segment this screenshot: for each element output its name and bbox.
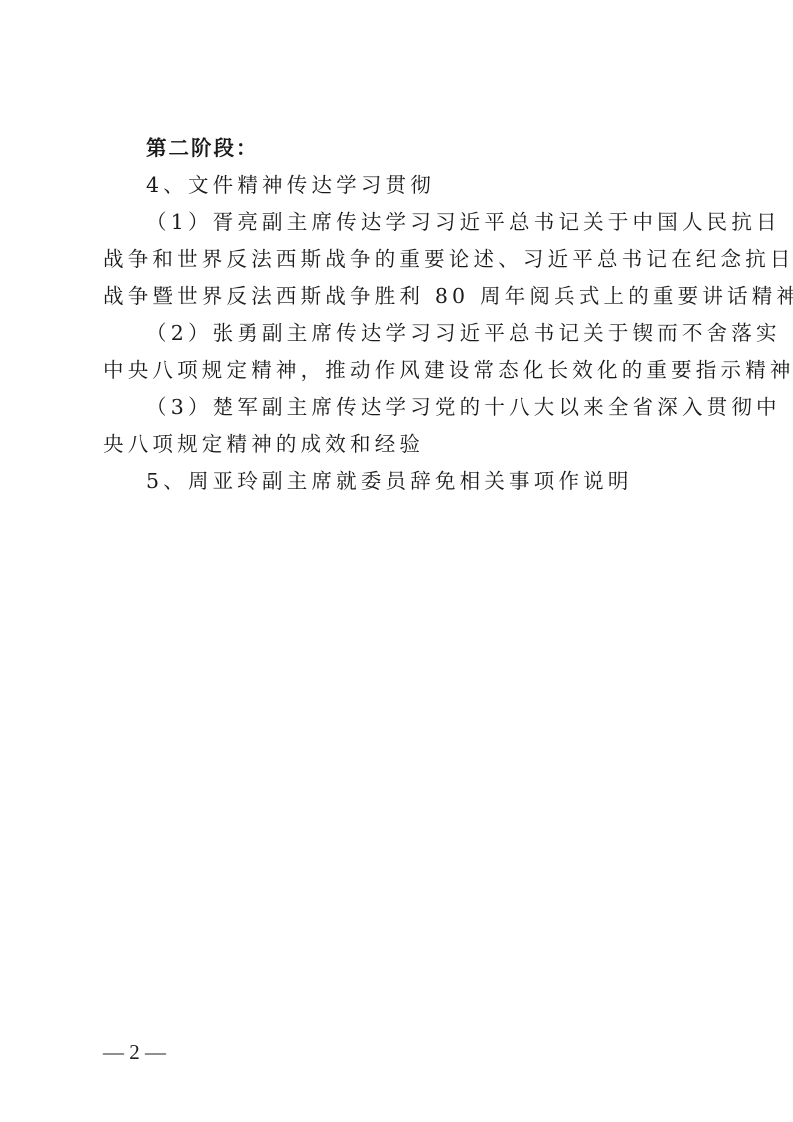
sub-item-2-line-2: 中央八项规定精神，推动作风建设常态化长效化的重要指示精神 [103,357,693,383]
section-heading: 第二阶段： [146,135,736,161]
sub-item-2-line-1: （2）张勇副主席传达学习习近平总书记关于锲而不舍落实 [146,320,736,346]
sub-item-1-line-2: 战争和世界反法西斯战争的重要论述、习近平总书记在纪念抗日 [103,246,693,272]
sub-item-3-line-1: （3）楚军副主席传达学习党的十八大以来全省深入贯彻中 [146,394,736,420]
page-number: — 2 — [103,1040,166,1065]
sub-item-1-line-3: 战争暨世界反法西斯战争胜利 80 周年阅兵式上的重要讲话精神 [103,283,693,309]
agenda-item-4: 4、文件精神传达学习贯彻 [146,172,736,198]
document-page: 第二阶段： 4、文件精神传达学习贯彻 （1）胥亮副主席传达学习习近平总书记关于中… [0,0,793,1122]
agenda-item-5: 5、周亚玲副主席就委员辞免相关事项作说明 [146,468,736,494]
sub-item-1-line-1: （1）胥亮副主席传达学习习近平总书记关于中国人民抗日 [146,209,736,235]
sub-item-3-line-2: 央八项规定精神的成效和经验 [103,431,693,457]
